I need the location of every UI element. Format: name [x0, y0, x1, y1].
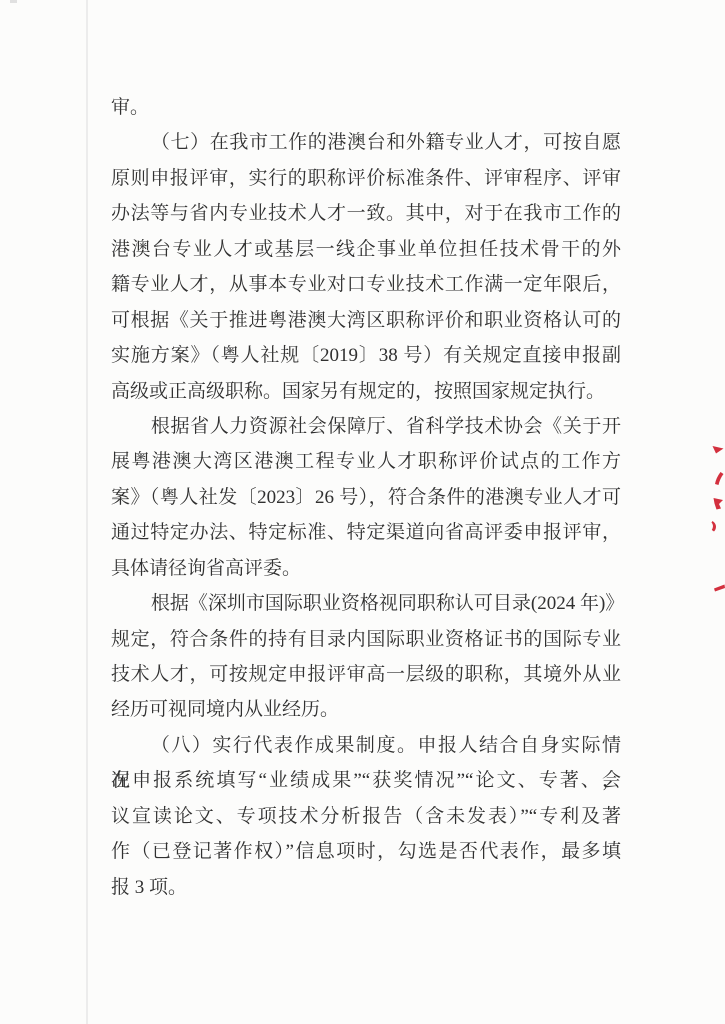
text-line: 籍专业人才，从事本专业对口专业技术工作满一定年限后， [111, 267, 621, 302]
red-pen-mark [714, 585, 725, 592]
text-line: 根据省人力资源社会保障厅、省科学技术协会《关于开 [111, 409, 621, 444]
text-line: 高级或正高级职称。国家另有规定的，按照国家规定执行。 [111, 374, 621, 409]
paragraph: 审。 [111, 90, 621, 125]
text-line: 根据《深圳市国际职业资格视同职称认可目录(2024 年)》 [111, 586, 621, 621]
text-line: 案》（粤人社发〔2023〕26 号），符合条件的港澳专业人才可 [111, 480, 621, 515]
document-page: { "page": { "background": "#fcfcfb", "te… [0, 0, 725, 1024]
text-line: 办法等与省内专业技术人才一致。其中，对于在我市工作的 [111, 196, 621, 231]
red-pen-mark [712, 521, 717, 532]
paragraph: 根据省人力资源社会保障厅、省科学技术协会《关于开展粤港澳大湾区港澳工程专业人才职… [111, 409, 621, 586]
paragraph: 根据《深圳市国际职业资格视同职称认可目录(2024 年)》规定，符合条件的持有目… [111, 586, 621, 728]
scan-speck [10, 0, 17, 3]
paragraph: （八）实行代表作成果制度。申报人结合自身实际情况，在申报系统填写“业绩成果”“获… [111, 728, 621, 905]
text-line: 实施方案》（粤人社规〔2019〕38 号）有关规定直接申报副 [111, 338, 621, 373]
red-pen-mark [714, 498, 724, 510]
text-line: 经历可视同境内从业经历。 [111, 692, 621, 727]
text-line: 原则申报评审，实行的职称评价标准条件、评审程序、评审 [111, 161, 621, 196]
text-line: 港澳台专业人才或基层一线企事业单位担任技术骨干的外 [111, 232, 621, 267]
text-line: 议宣读论文、专项技术分析报告（含未发表）”“专利及著 [111, 799, 621, 834]
text-line: 通过特定办法、特定标准、特定渠道向省高评委申报评审， [111, 515, 621, 550]
text-line: 作（已登记著作权）”信息项时，勾选是否代表作，最多填 [111, 834, 621, 869]
paragraph: （七）在我市工作的港澳台和外籍专业人才，可按自愿原则申报评审，实行的职称评价标准… [111, 125, 621, 409]
document-body: 审。（七）在我市工作的港澳台和外籍专业人才，可按自愿原则申报评审，实行的职称评价… [111, 90, 621, 905]
red-pen-mark [715, 472, 724, 485]
page: 审。（七）在我市工作的港澳台和外籍专业人才，可按自愿原则申报评审，实行的职称评价… [0, 0, 725, 1024]
red-pen-mark [713, 446, 724, 454]
text-line: （七）在我市工作的港澳台和外籍专业人才，可按自愿 [111, 125, 621, 160]
text-line: 在申报系统填写“业绩成果”“获奖情况”“论文、专著、会 [111, 763, 621, 798]
text-line: 规定，符合条件的持有目录内国际职业资格证书的国际专业 [111, 622, 621, 657]
text-line: 展粤港澳大湾区港澳工程专业人才职称评价试点的工作方 [111, 444, 621, 479]
text-line: 审。 [111, 90, 621, 125]
text-line: （八）实行代表作成果制度。申报人结合自身实际情况， [111, 728, 621, 763]
text-line: 技术人才，可按规定申报评审高一层级的职称，其境外从业 [111, 657, 621, 692]
text-line: 报 3 项。 [111, 870, 621, 905]
red-pen-marks [700, 0, 725, 620]
text-line: 可根据《关于推进粤港澳大湾区职称评价和职业资格认可的 [111, 303, 621, 338]
text-line: 具体请径询省高评委。 [111, 551, 621, 586]
scan-fold-line [86, 0, 88, 1024]
